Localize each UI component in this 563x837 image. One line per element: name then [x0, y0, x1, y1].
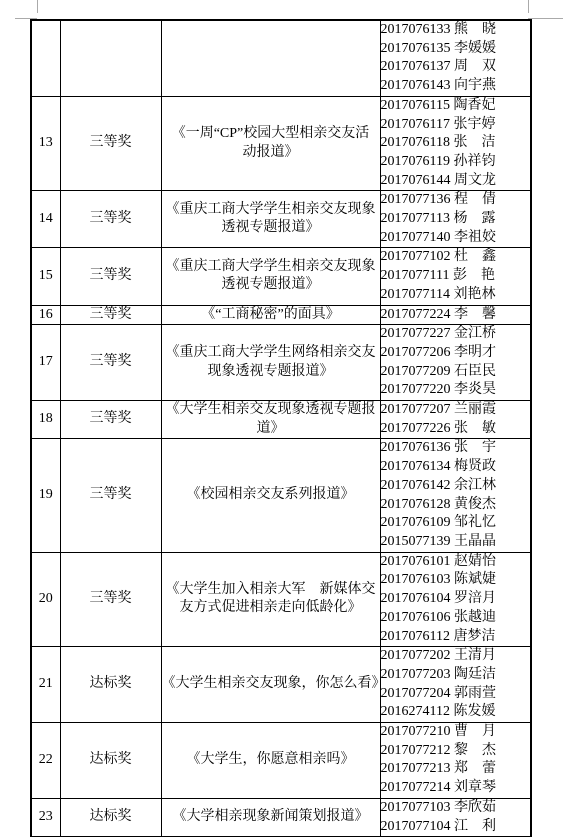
table-row: 22 达标奖 《大学生，你愿意相亲吗》 2017077210 曹 月201707…	[31, 723, 531, 799]
margin-crop-mark-top-left-vertical	[37, 0, 38, 13]
work-title-cell	[161, 20, 380, 96]
award-level-cell	[60, 20, 161, 96]
table-row: 19 三等奖 《校园相亲交友系列报道》 2017076136 张 宇201707…	[31, 439, 531, 552]
members-cell: 2017076101 赵婧怡2017076103 陈斌婕2017076104 罗…	[380, 552, 531, 647]
table-row: 21 达标奖 《大学生相亲交友现象，你怎么看》 2017077202 王清月20…	[31, 647, 531, 723]
members-cell: 2017077103 李欣茹2017077104 江 利	[380, 798, 531, 837]
member-line: 2017077114 刘艳林	[381, 286, 531, 305]
table-row: 13 三等奖 《一周“CP”校园大型相亲交友活 动报道》 2017076115 …	[31, 96, 531, 191]
table-row: 14 三等奖 《重庆工商大学学生相亲交友现象 透视专题报道》 201707713…	[31, 191, 531, 248]
member-line: 2017077213 郑 蕾	[381, 760, 531, 779]
work-title-cell: 《大学生相亲交友现象透视专题报 道》	[161, 401, 380, 439]
table-row: 2017076133 熊 晓2017076135 李媛媛2017076137 周…	[31, 20, 531, 96]
table-row: 18 三等奖 《大学生相亲交友现象透视专题报 道》 2017077207 兰丽霞…	[31, 401, 531, 439]
member-line: 2017077104 江 利	[381, 818, 531, 837]
award-level-cell: 三等奖	[60, 325, 161, 401]
award-level-cell: 三等奖	[60, 439, 161, 552]
member-line: 2017077210 曹 月	[381, 723, 531, 742]
row-number-cell: 21	[31, 647, 60, 723]
row-number-cell: 19	[31, 439, 60, 552]
members-cell: 2017077224 李 馨	[380, 305, 531, 325]
member-line: 2017076133 熊 晓	[381, 21, 531, 40]
member-line: 2017076106 张越迪	[381, 609, 531, 628]
member-line: 2017077202 王清月	[381, 647, 531, 666]
award-level-cell: 三等奖	[60, 401, 161, 439]
work-title-cell: 《校园相亲交友系列报道》	[161, 439, 380, 552]
document-page: 2017076133 熊 晓2017076135 李媛媛2017076137 周…	[0, 0, 563, 837]
work-title-cell: 《大学生，你愿意相亲吗》	[161, 723, 380, 799]
members-cell: 2017077102 杜 鑫2017077111 彭 艳2017077114 刘…	[380, 248, 531, 305]
member-line: 2017076137 周 双	[381, 58, 531, 77]
member-line: 2016274112 陈发媛	[381, 703, 531, 722]
member-line: 2017077111 彭 艳	[381, 267, 531, 286]
row-number-cell: 17	[31, 325, 60, 401]
member-line: 2017076128 黄俊杰	[381, 496, 531, 515]
work-title-cell: 《“工商秘密”的面具》	[161, 305, 380, 325]
work-title-cell: 《重庆工商大学学生网络相亲交友 现象透视专题报道》	[161, 325, 380, 401]
member-line: 2017076119 孙祥钧	[381, 153, 531, 172]
row-number-cell: 16	[31, 305, 60, 325]
margin-crop-mark-top-right-horizontal	[528, 18, 563, 19]
member-line: 2017077140 李祖姣	[381, 229, 531, 248]
award-level-cell: 三等奖	[60, 248, 161, 305]
award-level-cell: 达标奖	[60, 798, 161, 837]
row-number-cell: 23	[31, 798, 60, 837]
member-line: 2017076103 陈斌婕	[381, 571, 531, 590]
award-level-cell: 达标奖	[60, 723, 161, 799]
work-title-cell: 《大学相亲现象新闻策划报道》	[161, 798, 380, 837]
members-cell: 2017077227 金江桥2017077206 李明才2017077209 石…	[380, 325, 531, 401]
award-level-cell: 达标奖	[60, 647, 161, 723]
member-line: 2017077103 李欣茹	[381, 799, 531, 818]
table-row: 15 三等奖 《重庆工商大学学生相亲交友现象 透视专题报道》 201707710…	[31, 248, 531, 305]
member-line: 2017077227 金江桥	[381, 325, 531, 344]
member-line: 2017077224 李 馨	[381, 306, 531, 325]
table-row: 23 达标奖 《大学相亲现象新闻策划报道》 2017077103 李欣茹2017…	[31, 798, 531, 837]
member-line: 2017076115 陶香妃	[381, 97, 531, 116]
row-number-cell: 18	[31, 401, 60, 439]
member-line: 2017077203 陶廷洁	[381, 666, 531, 685]
member-line: 2017076112 唐梦洁	[381, 628, 531, 647]
member-line: 2015077139 王晶晶	[381, 533, 531, 552]
award-level-cell: 三等奖	[60, 552, 161, 647]
table-row: 17 三等奖 《重庆工商大学学生网络相亲交友 现象透视专题报道》 2017077…	[31, 325, 531, 401]
member-line: 2017076117 张宇婷	[381, 116, 531, 135]
award-level-cell: 三等奖	[60, 191, 161, 248]
row-number-cell: 14	[31, 191, 60, 248]
member-line: 2017076135 李媛媛	[381, 40, 531, 59]
members-cell: 2017077210 曹 月2017077212 黎 杰2017077213 郑…	[380, 723, 531, 799]
members-cell: 2017076115 陶香妃2017076117 张宇婷2017076118 张…	[380, 96, 531, 191]
members-cell: 2017076136 张 宇2017076134 梅贤政2017076142 余…	[380, 439, 531, 552]
table-row: 20 三等奖 《大学生加入相亲大军 新媒体交 友方式促进相亲走向低龄化》 201…	[31, 552, 531, 647]
work-title-cell: 《大学生加入相亲大军 新媒体交 友方式促进相亲走向低龄化》	[161, 552, 380, 647]
member-line: 2017076101 赵婧怡	[381, 553, 531, 572]
member-line: 2017077113 杨 露	[381, 210, 531, 229]
member-line: 2017077102 杜 鑫	[381, 248, 531, 267]
member-line: 2017077209 石臣民	[381, 363, 531, 382]
member-line: 2017077212 黎 杰	[381, 742, 531, 761]
member-line: 2017076142 余江林	[381, 477, 531, 496]
members-cell: 2017077202 王清月2017077203 陶廷洁2017077204 郭…	[380, 647, 531, 723]
member-line: 2017077207 兰丽霞	[381, 401, 531, 420]
member-line: 2017076136 张 宇	[381, 439, 531, 458]
row-number-cell: 20	[31, 552, 60, 647]
row-number-cell: 22	[31, 723, 60, 799]
work-title-cell: 《重庆工商大学学生相亲交友现象 透视专题报道》	[161, 191, 380, 248]
awards-table-body: 2017076133 熊 晓2017076135 李媛媛2017076137 周…	[31, 20, 531, 837]
margin-crop-mark-top-right-vertical	[528, 0, 529, 13]
member-line: 2017077136 程 倩	[381, 191, 531, 210]
member-line: 2017077204 郭雨萱	[381, 685, 531, 704]
member-line: 2017077220 李炎昊	[381, 381, 531, 400]
member-line: 2017076118 张 洁	[381, 134, 531, 153]
award-level-cell: 三等奖	[60, 96, 161, 191]
row-number-cell: 15	[31, 248, 60, 305]
member-line: 2017077206 李明才	[381, 344, 531, 363]
member-line: 2017076109 邹礼忆	[381, 514, 531, 533]
member-line: 2017077226 张 敏	[381, 420, 531, 439]
awards-table: 2017076133 熊 晓2017076135 李媛媛2017076137 周…	[30, 19, 532, 837]
members-cell: 2017076133 熊 晓2017076135 李媛媛2017076137 周…	[380, 20, 531, 96]
row-number-cell: 13	[31, 96, 60, 191]
member-line: 2017076143 向宇燕	[381, 77, 531, 96]
work-title-cell: 《重庆工商大学学生相亲交友现象 透视专题报道》	[161, 248, 380, 305]
members-cell: 2017077207 兰丽霞2017077226 张 敏	[380, 401, 531, 439]
member-line: 2017076144 周文龙	[381, 172, 531, 191]
members-cell: 2017077136 程 倩2017077113 杨 露2017077140 李…	[380, 191, 531, 248]
work-title-cell: 《一周“CP”校园大型相亲交友活 动报道》	[161, 96, 380, 191]
member-line: 2017076104 罗涪月	[381, 590, 531, 609]
work-title-cell: 《大学生相亲交友现象，你怎么看》	[161, 647, 380, 723]
table-row: 16 三等奖 《“工商秘密”的面具》 2017077224 李 馨	[31, 305, 531, 325]
member-line: 2017076134 梅贤政	[381, 458, 531, 477]
member-line: 2017077214 刘章琴	[381, 779, 531, 798]
award-level-cell: 三等奖	[60, 305, 161, 325]
row-number-cell	[31, 20, 60, 96]
